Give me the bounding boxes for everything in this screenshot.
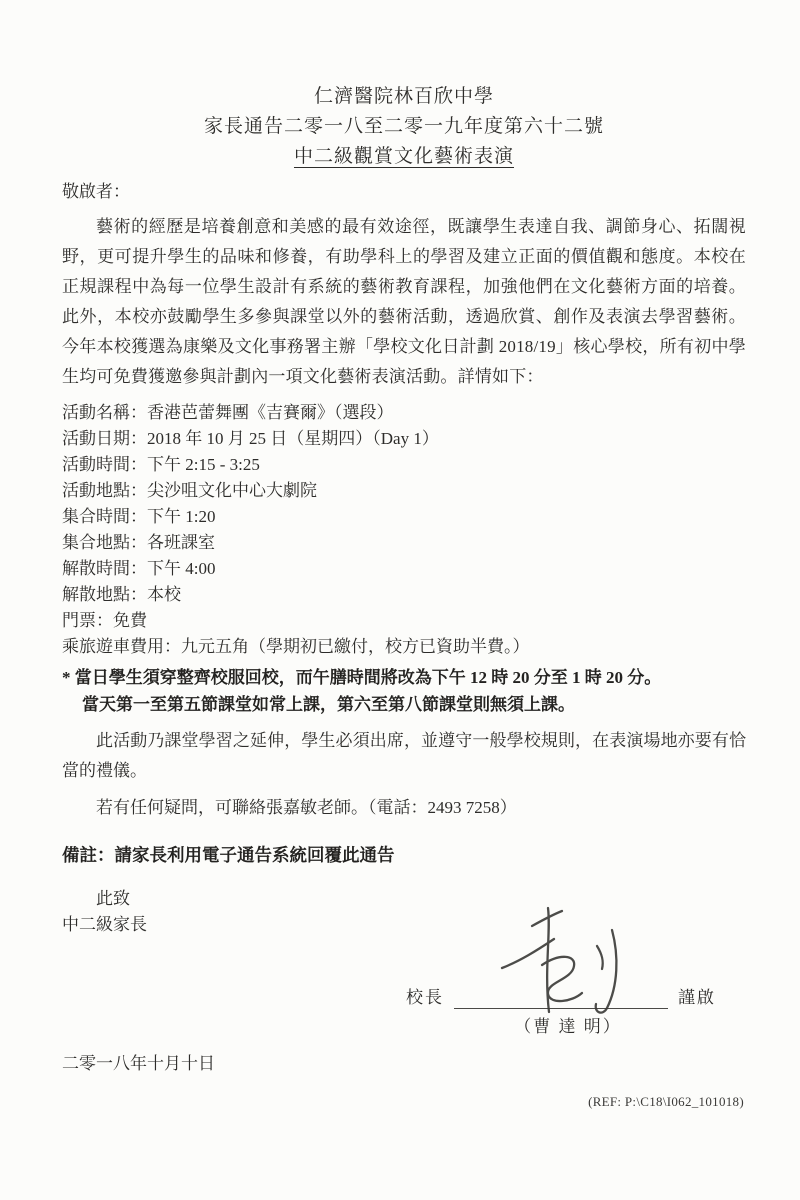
- signature-role-label: 校長: [406, 983, 444, 1013]
- detail-row-activity-date: 活動日期：2018 年 10 月 25 日（星期四）（Day 1）: [62, 426, 746, 452]
- detail-value: 下午 1:20: [147, 507, 215, 526]
- closing-cidz: 此致: [62, 886, 746, 912]
- detail-value: 下午 4:00: [147, 559, 215, 578]
- detail-row-dismiss-place: 解散地點：本校: [62, 582, 746, 608]
- contact-line: 若有任何疑問，可聯絡張嘉敏老師。（電話：2493 7258）: [62, 794, 746, 822]
- notice-number: 家長通告二零一八至二零一九年度第六十二號: [62, 112, 746, 142]
- detail-label: 門票：: [62, 611, 113, 630]
- note-line-2: 當天第一至第五節課堂如常上課，第六至第八節課堂則無須上課。: [62, 691, 746, 718]
- notice-subject: 中二級觀賞文化藝術表演: [62, 142, 746, 172]
- detail-row-activity-time: 活動時間：下午 2:15 - 3:25: [62, 452, 746, 478]
- detail-row-ticket: 門票：免費: [62, 608, 746, 634]
- signature-suffix-label: 謹啟: [678, 983, 716, 1013]
- intro-paragraph: 藝術的經歷是培養創意和美感的最有效途徑，既讓學生表達自我、調節身心、拓闊視野，更…: [62, 212, 746, 392]
- asterisk-note: * 當日學生須穿整齊校服回校，而午膳時間將改為下午 12 時 20 分至 1 時…: [62, 664, 746, 718]
- detail-row-assembly-time: 集合時間：下午 1:20: [62, 504, 746, 530]
- detail-label: 活動日期：: [62, 429, 147, 448]
- scanned-school-notice: 仁濟醫院林百欣中學 家長通告二零一八至二零一九年度第六十二號 中二級觀賞文化藝術…: [0, 0, 800, 1200]
- detail-value: 各班課室: [147, 533, 215, 552]
- notice-date: 二零一八年十月十日: [62, 1051, 746, 1077]
- note-line-1: * 當日學生須穿整齊校服回校，而午膳時間將改為下午 12 時 20 分至 1 時…: [62, 664, 746, 691]
- detail-label: 解散地點：: [62, 585, 147, 604]
- detail-label: 集合時間：: [62, 507, 147, 526]
- detail-row-activity-name: 活動名稱：香港芭蕾舞團《吉賽爾》（選段）: [62, 400, 746, 426]
- detail-row-dismiss-time: 解散時間：下午 4:00: [62, 556, 746, 582]
- closing-recipient: 中二級家長: [62, 912, 746, 938]
- detail-value: 下午 2:15 - 3:25: [147, 455, 260, 474]
- detail-row-assembly-place: 集合地點：各班課室: [62, 530, 746, 556]
- detail-label: 乘旅遊車費用：: [62, 637, 181, 656]
- detail-label: 活動時間：: [62, 455, 147, 474]
- detail-value: 本校: [147, 585, 181, 604]
- detail-value: 2018 年 10 月 25 日（星期四）（Day 1）: [147, 429, 439, 448]
- reference-number: (REF: P:\C18\I062_101018): [62, 1093, 746, 1111]
- detail-label: 活動名稱：: [62, 403, 147, 422]
- detail-label: 集合地點：: [62, 533, 147, 552]
- detail-row-coach-fee: 乘旅遊車費用：九元五角（學期初已繳付，校方已資助半費。）: [62, 634, 746, 660]
- e-notice-remark: 備註：請家長利用電子通告系統回覆此通告: [62, 840, 746, 870]
- detail-value: 免費: [113, 611, 147, 630]
- attendance-reminder: 此活動乃課堂學習之延伸，學生必須出席，並遵守一般學校規則，在表演場地亦要有恰當的…: [62, 726, 746, 786]
- detail-value: 香港芭蕾舞團《吉賽爾》（選段）: [147, 403, 394, 422]
- detail-value: 九元五角（學期初已繳付，校方已資助半費。）: [181, 637, 530, 656]
- detail-label: 解散時間：: [62, 559, 147, 578]
- detail-label: 活動地點：: [62, 481, 147, 500]
- school-name: 仁濟醫院林百欣中學: [62, 82, 746, 112]
- detail-value: 尖沙咀文化中心大劇院: [147, 481, 317, 500]
- signature-line: [454, 982, 668, 1009]
- asterisk-marker: *: [62, 668, 71, 687]
- principal-name: （曹 達 明）: [406, 1013, 716, 1041]
- detail-row-activity-venue: 活動地點：尖沙咀文化中心大劇院: [62, 478, 746, 504]
- signature-row: 校長 謹啟: [406, 982, 716, 1013]
- salutation: 敬啟者：: [62, 178, 746, 206]
- notice-header: 仁濟醫院林百欣中學 家長通告二零一八至二零一九年度第六十二號 中二級觀賞文化藝術…: [62, 82, 746, 172]
- event-details-list: 活動名稱：香港芭蕾舞團《吉賽爾》（選段） 活動日期：2018 年 10 月 25…: [62, 400, 746, 660]
- note-line-1-text: 當日學生須穿整齊校服回校，而午膳時間將改為下午 12 時 20 分至 1 時 2…: [75, 668, 662, 687]
